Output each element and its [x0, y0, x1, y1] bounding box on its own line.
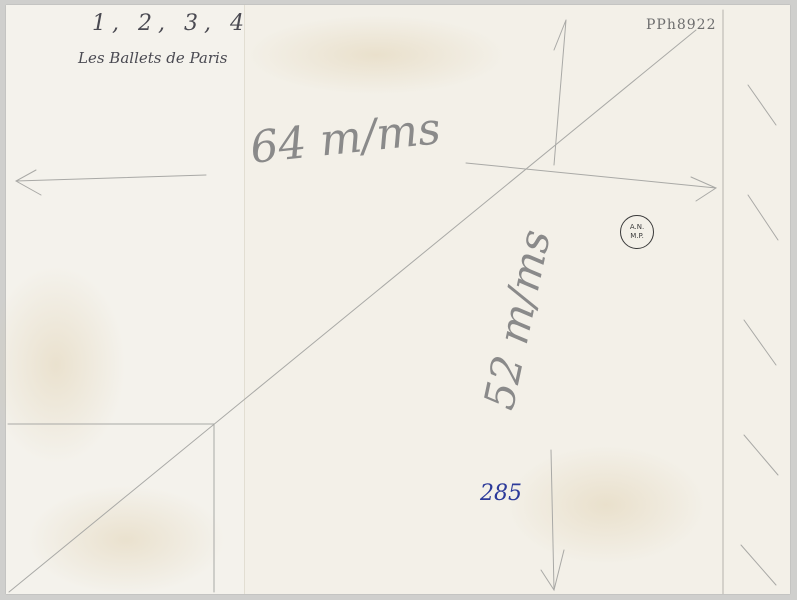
left-arrow-icon — [16, 170, 206, 195]
inventory-number: PPh8922 — [646, 17, 717, 33]
archive-stamp: A.N. M.P. — [620, 215, 654, 249]
edge-tick — [748, 195, 778, 240]
stamp-line-2: M.P. — [630, 232, 644, 241]
sequence-numbers: 1, 2, 3, 4 — [92, 11, 250, 36]
pencil-crop-marks — [6, 5, 790, 594]
edge-tick — [744, 435, 778, 475]
title-annotation: Les Ballets de Paris — [78, 49, 228, 67]
edge-tick — [741, 545, 776, 585]
up-arrow-icon — [554, 20, 566, 165]
blue-reference-number: 285 — [480, 481, 522, 506]
right-arrow-icon — [466, 163, 716, 201]
edge-tick — [748, 85, 776, 125]
document-sheet: 1, 2, 3, 4 Les Ballets de Paris PPh8922 … — [6, 5, 790, 594]
down-arrow-icon — [541, 450, 564, 590]
edge-tick — [744, 320, 776, 365]
stamp-line-1: A.N. — [630, 223, 644, 232]
